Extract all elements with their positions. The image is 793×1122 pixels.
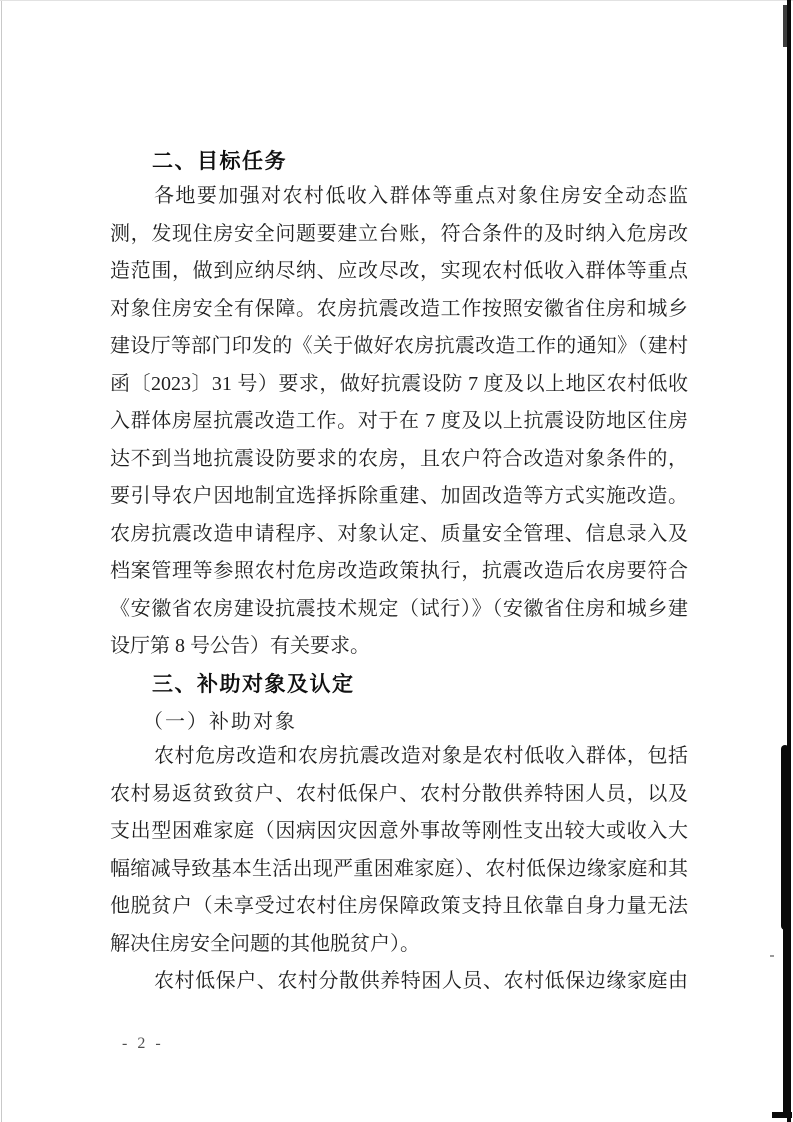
page-left-edge-line xyxy=(1,0,2,1122)
section-3-subheading-1: （一）补助对象 xyxy=(143,709,297,735)
paragraph-line: 农村易返贫致贫户、农村低保户、农村分散供养特困人员，以及 xyxy=(110,776,688,814)
section-2-heading: 二、目标任务 xyxy=(152,149,287,175)
paragraph-line: 要引导农户因地制宜选择拆除重建、加固改造等方式实施改造。 xyxy=(110,478,688,516)
paragraph-line: 农村危房改造和农房抗震改造对象是农村低收入群体，包括 xyxy=(110,738,688,776)
paragraph-line: 幅缩减导致基本生活出现严重困难家庭）、农村低保边缘家庭和其 xyxy=(110,851,688,889)
paragraph-line: 各地要加强对农村低收入群体等重点对象住房安全动态监 xyxy=(110,178,688,216)
scan-edge-bulge xyxy=(781,745,789,930)
paragraph-line: 他脱贫户（未享受过农村住房保障政策支持且依靠自身力量无法 xyxy=(110,888,688,926)
paragraph-line: 对象住房安全有保障。农房抗震改造工作按照安徽省住房和城乡 xyxy=(110,291,688,329)
section-3-paragraph-2: 农村低保户、农村分散供养特困人员、农村低保边缘家庭由 xyxy=(110,963,688,1001)
paragraph-line: 建设厅等部门印发的《关于做好农房抗震改造工作的通知》（建村 xyxy=(110,328,688,366)
section-2-paragraph: 各地要加强对农村低收入群体等重点对象住房安全动态监 测，发现住房安全问题要建立台… xyxy=(110,178,688,666)
paragraph-line: 支出型困难家庭（因病因灾因意外事故等刚性支出较大或收入大 xyxy=(110,813,688,851)
scan-speck xyxy=(770,955,774,957)
paragraph-line: 农村低保户、农村分散供养特困人员、农村低保边缘家庭由 xyxy=(110,963,688,1001)
paragraph-line: 达不到当地抗震设防要求的农房，且农户符合改造对象条件的， xyxy=(110,441,688,479)
scan-edge-bottom-hook xyxy=(772,1112,792,1118)
scan-edge-lower xyxy=(783,925,789,1117)
page-top-edge-line xyxy=(0,0,793,1)
paragraph-line: 入群体房屋抗震改造工作。对于在 7 度及以上抗震设防地区住房 xyxy=(110,403,688,441)
paragraph-line: 农房抗震改造申请程序、对象认定、质量安全管理、信息录入及 xyxy=(110,516,688,554)
paragraph-line: 函〔2023〕31 号）要求，做好抗震设防 7 度及以上地区农村低收 xyxy=(110,366,688,404)
section-3-paragraph-1: 农村危房改造和农房抗震改造对象是农村低收入群体，包括 农村易返贫致贫户、农村低保… xyxy=(110,738,688,963)
document-page: 二、目标任务 各地要加强对农村低收入群体等重点对象住房安全动态监 测，发现住房安… xyxy=(0,0,793,1122)
paragraph-line: 档案管理等参照农村危房改造政策执行，抗震改造后农房要符合 xyxy=(110,553,688,591)
scan-edge-noise xyxy=(783,5,787,47)
paragraph-line: 造范围，做到应纳尽纳、应改尽改，实现农村低收入群体等重点 xyxy=(110,253,688,291)
page-number: - 2 - xyxy=(122,1034,164,1054)
paragraph-line: 测，发现住房安全问题要建立台账，符合条件的及时纳入危房改 xyxy=(110,216,688,254)
section-3-heading: 三、补助对象及认定 xyxy=(152,672,355,698)
paragraph-line: 《安徽省农房建设抗震技术规定（试行）》（安徽省住房和城乡建 xyxy=(110,591,688,629)
paragraph-line: 设厅第 8 号公告）有关要求。 xyxy=(110,628,688,666)
paragraph-line: 解决住房安全问题的其他脱贫户）。 xyxy=(110,926,688,964)
